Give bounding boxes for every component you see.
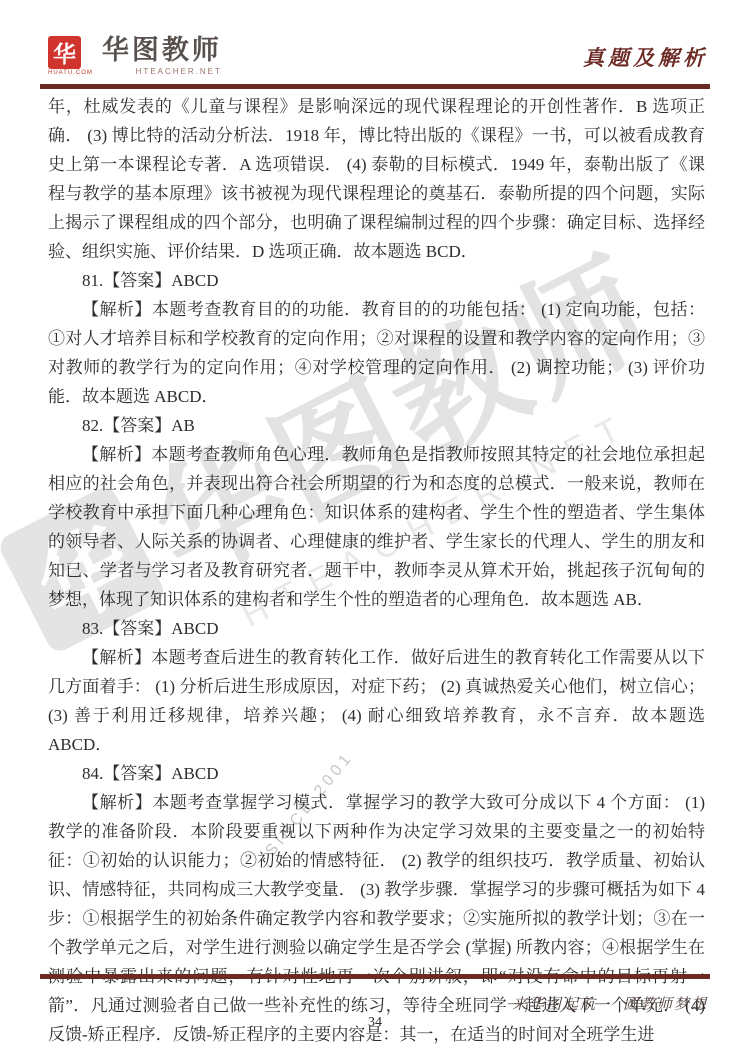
- logo-block: 华 HUATU.COM: [48, 36, 93, 76]
- answer-line-84: 84.【答案】ABCD: [48, 759, 705, 788]
- analysis-82: 【解析】本题考查教师角色心理．教师角色是指教师按照其特定的社会地位承担起相应的社…: [48, 440, 705, 614]
- brand-name: 华图教师: [102, 36, 222, 66]
- answer-line-83: 83.【答案】ABCD: [48, 614, 705, 643]
- huatu-logo-icon: 华: [48, 36, 81, 69]
- page-type-label: 真题及解析: [583, 42, 708, 76]
- analysis-81: 【解析】本题考查教育目的的功能．教育目的的功能包括： (1) 定向功能，包括：①…: [48, 295, 705, 411]
- footer-slogan: 来华图起航圆教师梦想: [512, 993, 708, 1014]
- logo-subtext: HUATU.COM: [48, 70, 93, 76]
- answer-line-81: 81.【答案】ABCD: [48, 266, 705, 295]
- page-number: 34: [0, 1015, 750, 1031]
- footer-slogan-right: 圆教师梦想: [623, 997, 708, 1013]
- page-header: 华 HUATU.COM 华图教师 HTEACHER.NET 真题及解析: [48, 36, 708, 76]
- logo-glyph: 华: [53, 36, 76, 69]
- brand-site: HTEACHER.NET: [136, 67, 222, 76]
- paragraph-continuation: 年，杜威发表的《儿童与课程》是影响深远的现代课程理论的开创性著作．B 选项正确．…: [48, 92, 705, 266]
- header-rule: [40, 84, 710, 89]
- document-page: 华 HUATU.COM 华图教师 HTEACHER.NET 真题及解析 华 华图…: [0, 0, 750, 1061]
- brand-logo: 华 HUATU.COM 华图教师 HTEACHER.NET: [48, 36, 222, 76]
- analysis-83: 【解析】本题考查后进生的教育转化工作．做好后进生的教育转化工作需要从以下几方面着…: [48, 643, 705, 759]
- footer-rule: [40, 974, 710, 979]
- answer-line-82: 82.【答案】AB: [48, 411, 705, 440]
- document-body: 年，杜威发表的《儿童与课程》是影响深远的现代课程理论的开创性著作．B 选项正确．…: [48, 92, 705, 1049]
- brand-text: 华图教师 HTEACHER.NET: [102, 36, 222, 76]
- footer-slogan-left: 来华图起航: [512, 997, 597, 1013]
